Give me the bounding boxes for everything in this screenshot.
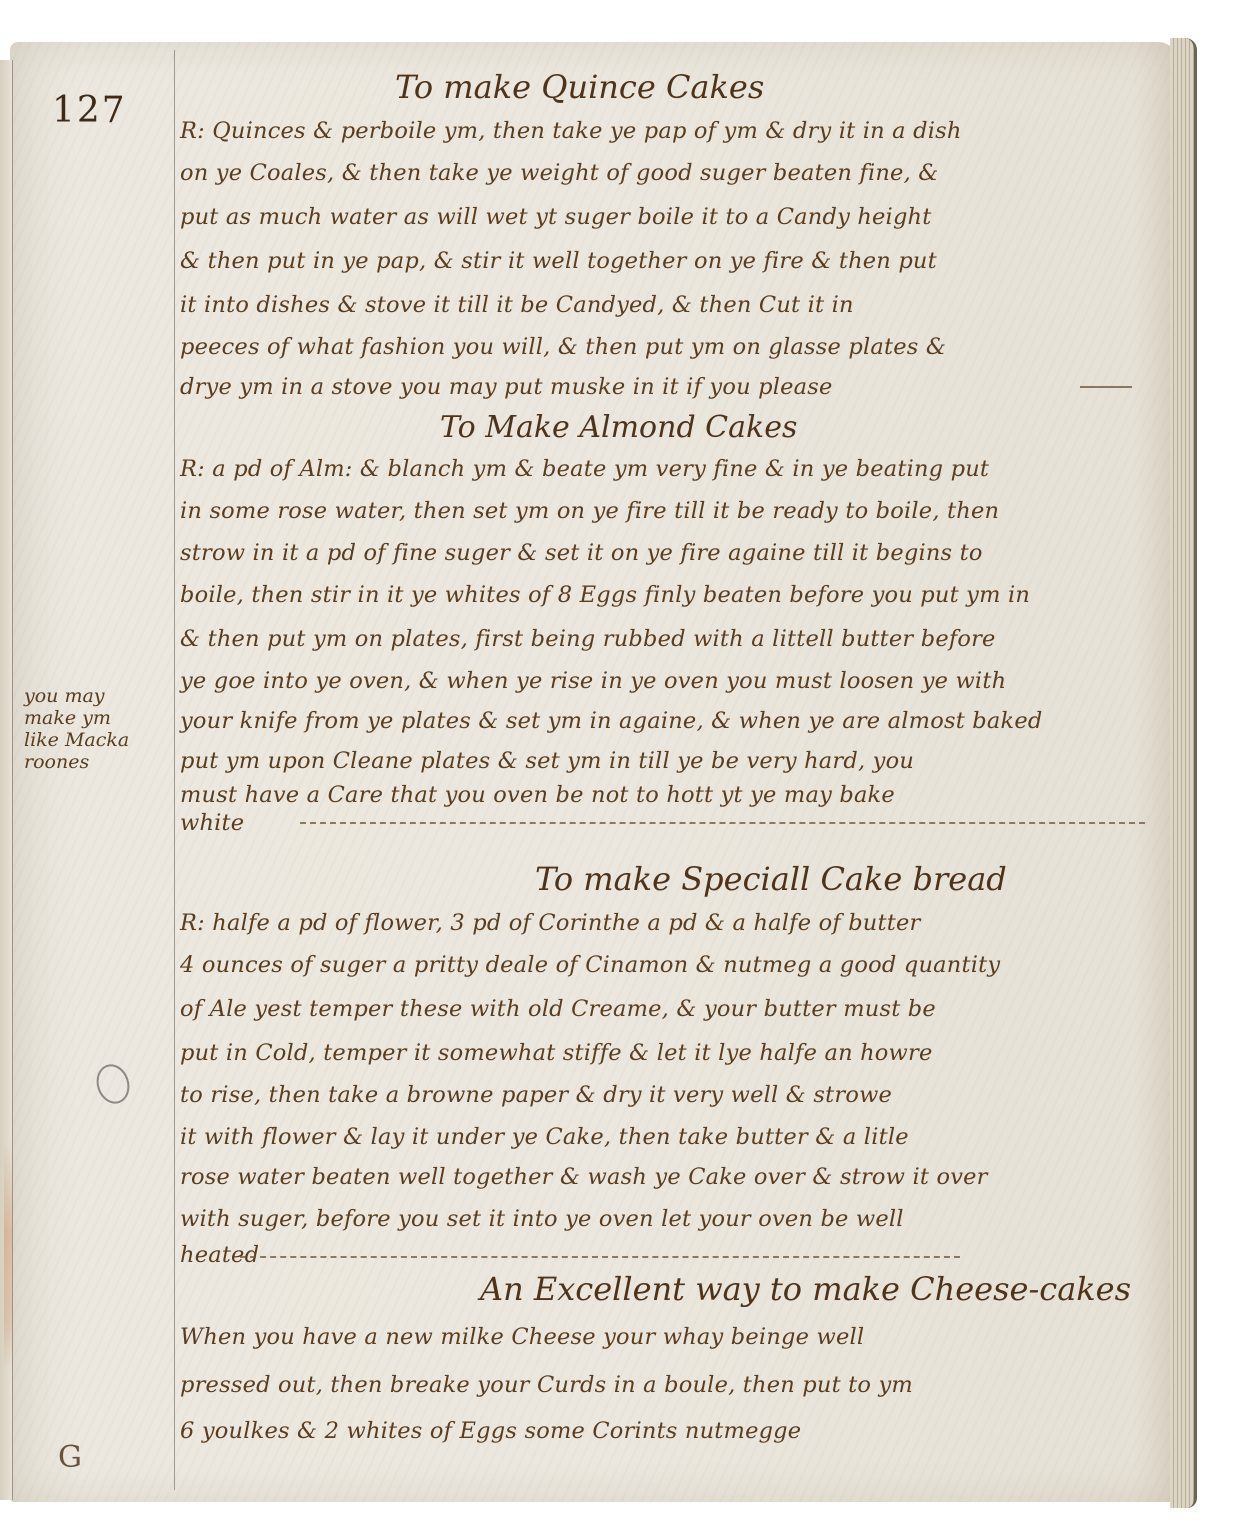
- recipe-line: ye goe into ye oven, & when ye rise in y…: [180, 668, 1006, 694]
- recipe-line: 6 youlkes & 2 whites of Eggs some Corint…: [180, 1418, 801, 1444]
- recipe-line: R: a pd of Alm: & blanch ym & beate ym v…: [180, 456, 989, 482]
- margin-note-line: make ym: [24, 707, 174, 729]
- recipe-line: it with flower & lay it under ye Cake, t…: [180, 1124, 909, 1150]
- end-flourish: [1080, 386, 1132, 388]
- recipe-line: heated: [180, 1242, 259, 1268]
- recipe-line: on ye Coales, & then take ye weight of g…: [180, 160, 939, 186]
- recipe-line: & then put ym on plates, first being rub…: [180, 626, 996, 652]
- section-divider: [240, 1256, 960, 1258]
- recipe-line: peeces of what fashion you will, & then …: [180, 334, 946, 360]
- recipe-line: & then put in ye pap, & stir it well tog…: [180, 248, 937, 274]
- recipe-line: R: halfe a pd of flower, 3 pd of Corinth…: [180, 910, 920, 936]
- page-stack-edge: [1170, 38, 1197, 1508]
- folio-number: 127: [52, 90, 127, 131]
- recipe-line: dryе ym in a stove you may put muske in …: [180, 374, 833, 400]
- recipe-line: of Ale yest temper these with old Creame…: [180, 996, 936, 1022]
- recipe-line: in some rose water, then set ym on ye fi…: [180, 498, 999, 524]
- recipe-line: must have a Care that you oven be not to…: [180, 782, 895, 808]
- recipe-title-quince-cakes: To make Quince Cakes: [395, 68, 764, 106]
- margin-note-line: like Macka: [24, 729, 174, 751]
- margin-note-line: roones: [24, 751, 174, 773]
- recipe-line: to rise, then take a browne paper & dry …: [180, 1082, 892, 1108]
- recipe-line: R: Quinces & perboile ym, then take ye p…: [180, 118, 962, 144]
- recipe-line: with suger, before you set it into ye ov…: [180, 1206, 904, 1232]
- recipe-line: pressed out, then breake your Curds in a…: [180, 1372, 913, 1398]
- recipe-line: put ym upon Cleane plates & set ym in ti…: [180, 748, 914, 774]
- margin-rule: [174, 50, 175, 1490]
- foxing-stain: [4, 1140, 12, 1370]
- recipe-line: strow in it a pd of fine suger & set it …: [180, 540, 983, 566]
- recipe-line: put in Cold, temper it somewhat stiffe &…: [180, 1040, 932, 1066]
- margin-note: you may make ym like Macka roones: [24, 685, 174, 773]
- recipe-line: 4 ounces of suger a pritty deale of Cina…: [180, 952, 1000, 978]
- recipe-line: white: [180, 810, 244, 836]
- recipe-line: When you have a new milke Cheese your wh…: [180, 1324, 864, 1350]
- margin-note-line: you may: [24, 685, 174, 707]
- corner-mark: G: [58, 1440, 82, 1475]
- section-divider: [300, 822, 1145, 824]
- recipe-title-almond-cakes: To Make Almond Cakes: [440, 410, 797, 445]
- recipe-line: boile, then stir in it ye whites of 8 Eg…: [180, 582, 1030, 608]
- recipe-line: put as much water as will wet yt suger b…: [180, 204, 932, 230]
- recipe-line: it into dishes & stove it till it be Can…: [180, 292, 854, 318]
- recipe-line: your knife from ye plates & set ym in ag…: [180, 708, 1042, 734]
- recipe-line: rose water beaten well together & wash y…: [180, 1164, 988, 1190]
- recipe-title-cake-bread: To make Speciall Cake bread: [535, 860, 1007, 898]
- recipe-title-cheese-cakes: An Excellent way to make Cheese-cakes: [480, 1270, 1131, 1308]
